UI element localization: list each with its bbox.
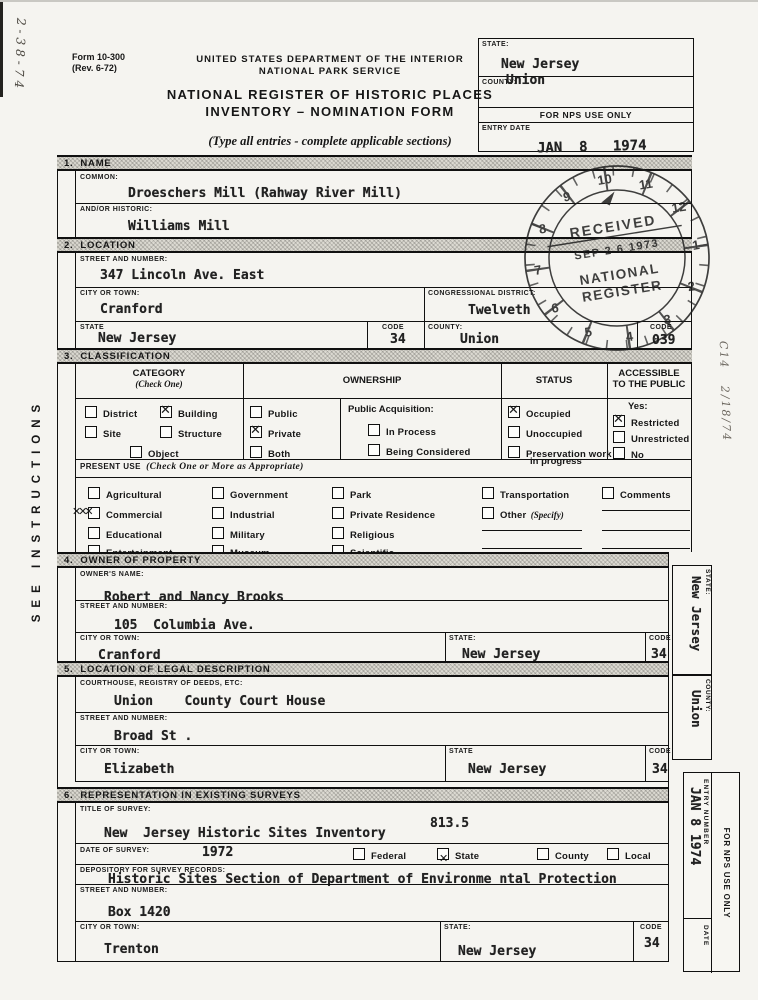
present-use-text: PRESENT USE — [80, 462, 141, 471]
s3-present-use-label: PRESENT USE (Check One or More as Approp… — [80, 462, 304, 472]
checkbox-row-public: Public — [250, 404, 298, 422]
s4-state-divider — [445, 632, 446, 661]
stamp-dial-12: 12 — [670, 199, 687, 216]
s2-code1-label: CODE — [382, 324, 404, 331]
nps-county-value: Union — [506, 73, 545, 88]
s6-date-value: 1972 — [202, 845, 233, 860]
checkbox-row-in-process: In Process — [368, 422, 436, 440]
stamp-dial-separators — [525, 166, 708, 349]
checkbox-public-label: Public — [268, 409, 298, 420]
checkbox-local-level[interactable] — [607, 848, 619, 860]
checkbox-county-level[interactable] — [537, 848, 549, 860]
checkbox-row-structure: Structure — [160, 424, 222, 442]
comments-blank-line-3 — [602, 548, 690, 549]
stamp-dial-11: 11 — [638, 176, 654, 193]
form-bottom-border — [57, 961, 668, 962]
checkbox-unoccupied-label: Unoccupied — [526, 429, 582, 440]
s6-state-divider — [440, 921, 441, 962]
checkbox-row-local-level: Local — [607, 846, 651, 864]
checkbox-educational-label: Educational — [106, 530, 162, 541]
checkbox-industrial[interactable] — [212, 507, 224, 519]
nps-date-cell: DATE — [684, 919, 712, 973]
s6-row-divider-3 — [75, 884, 668, 885]
checkbox-local-level-label: Local — [625, 851, 651, 862]
s5-courthouse-value: Union County Court House — [114, 694, 325, 709]
checkbox-row-occupied: Occupied — [508, 404, 571, 422]
checkbox-commercial-label: Commercial — [106, 510, 162, 521]
s2-code1-divider — [367, 321, 368, 348]
checkbox-other[interactable] — [482, 507, 494, 519]
stamp-dial-4: 4 — [625, 328, 635, 344]
department-line2: NATIONAL PARK SERVICE — [130, 66, 530, 78]
s5-bottom-divider — [75, 781, 668, 782]
checkbox-industrial-label: Industrial — [230, 510, 275, 521]
checkbox-transportation-label: Transportation — [500, 490, 569, 501]
s5-street-value: Broad St . — [114, 729, 192, 744]
checkbox-row-religious: Religious — [332, 525, 395, 543]
checkbox-park[interactable] — [332, 487, 344, 499]
s3-category-header-text: CATEGORY — [75, 368, 243, 379]
s5-state-value: New Jersey — [468, 762, 546, 777]
s1-field-left-border — [75, 171, 76, 237]
checkbox-government-label: Government — [230, 490, 288, 501]
s6-row-divider-4 — [75, 921, 668, 922]
handwritten-right-line2: 2/18/74 — [718, 386, 733, 443]
margin-county-label: COUNTY: — [704, 676, 713, 761]
checkbox-private-label: Private — [268, 429, 301, 440]
nps-state-label: STATE: — [482, 41, 509, 48]
checkbox-comments-label: Comments — [620, 490, 671, 501]
s6-city-value: Trenton — [104, 942, 159, 957]
margin-nps-box: ENTRY NUMBER JAN 8 1974 DATE FOR NPS USE… — [683, 772, 740, 972]
s6-code-divider — [633, 921, 634, 962]
checkbox-row-county-level: County — [537, 846, 589, 864]
checkbox-in-process[interactable] — [368, 424, 380, 436]
s2-county-label: COUNTY: — [428, 324, 463, 331]
stamp-dial-2: 2 — [687, 278, 696, 294]
section-6-heading: 6. REPRESENTATION IN EXISTING SURVEYS — [64, 790, 301, 801]
s6-title-label: TITLE OF SURVEY: — [80, 806, 151, 813]
checkbox-occupied[interactable] — [508, 406, 520, 418]
checkbox-row-park: Park — [332, 485, 371, 503]
checkbox-private-residence[interactable] — [332, 507, 344, 519]
s2-county-divider — [424, 321, 425, 348]
checkbox-row-no: No — [613, 445, 644, 463]
s3-ownership-sub-divider — [340, 398, 341, 459]
s2-street-value: 347 Lincoln Ave. East — [100, 268, 264, 283]
checkbox-other-note: (Specify) — [531, 510, 564, 520]
s4-code-divider — [645, 632, 646, 661]
department-heading: UNITED STATES DEPARTMENT OF THE INTERIOR… — [130, 54, 530, 78]
s2-street-label: STREET AND NUMBER: — [80, 256, 168, 263]
checkbox-row-comments: Comments — [602, 485, 671, 503]
s5-code-label: CODE — [649, 748, 671, 755]
nps-use-only-label: FOR NPS USE ONLY — [540, 110, 632, 120]
checkbox-structure[interactable] — [160, 426, 172, 438]
s4-city-label: CITY OR TOWN: — [80, 635, 140, 642]
checkbox-both[interactable] — [250, 446, 262, 458]
s3-acquisition-label: Public Acquisition: — [348, 404, 434, 415]
s3-header-divider — [75, 398, 691, 399]
checkbox-in-process-label: In Process — [386, 427, 436, 438]
checkbox-unrestricted-label: Unrestricted — [631, 434, 689, 445]
checkbox-agricultural[interactable] — [88, 487, 100, 499]
checkbox-no[interactable] — [613, 447, 625, 459]
s3-access-header-line2: TO THE PUBLIC — [607, 379, 691, 390]
nps-box-state-row: STATE: New Jersey — [479, 39, 693, 77]
checkbox-district[interactable] — [85, 406, 97, 418]
checkbox-transportation[interactable] — [482, 487, 494, 499]
s6-row-divider-1 — [75, 843, 668, 844]
section-1-heading: 1. NAME — [64, 158, 112, 169]
stamp-dial-7: 7 — [533, 262, 542, 278]
checkbox-unoccupied[interactable] — [508, 426, 520, 438]
s5-street-label: STREET AND NUMBER: — [80, 715, 168, 722]
s5-city-label: CITY OR TOWN: — [80, 748, 140, 755]
s5-state-divider — [445, 745, 446, 781]
checkbox-row-government: Government — [212, 485, 288, 503]
section-5-heading: 5. LOCATION OF LEGAL DESCRIPTION — [64, 664, 271, 675]
s2-city-value: Cranford — [100, 302, 163, 317]
s6-street-label: STREET AND NUMBER: — [80, 887, 168, 894]
s6-title-number: 813.5 — [430, 816, 469, 831]
s4-code-value: 34 — [651, 647, 667, 662]
s6-row-divider-2 — [75, 864, 668, 865]
checkbox-military-label: Military — [230, 530, 265, 541]
checkbox-restricted[interactable] — [613, 415, 625, 427]
checkbox-being-considered[interactable] — [368, 444, 380, 456]
checkbox-row-site: Site — [85, 424, 121, 442]
present-use-note: (Check One or More as Appropriate) — [146, 462, 304, 472]
margin-state-box: STATE: New Jersey — [672, 565, 712, 675]
checkbox-site[interactable] — [85, 426, 97, 438]
checkbox-district-label: District — [103, 409, 137, 420]
s3-access-header: ACCESSIBLE TO THE PUBLIC — [607, 368, 691, 390]
checkbox-being-considered-label: Being Considered — [386, 447, 471, 458]
form-number: Form 10-300 (Rev. 6-72) — [72, 52, 125, 74]
stamp-dial-5: 5 — [583, 324, 592, 340]
margin-date-label: DATE — [702, 919, 711, 971]
comments-blank-line-1 — [602, 510, 690, 511]
checkbox-building-label: Building — [178, 409, 218, 420]
s6-street-value: Box 1420 — [108, 905, 171, 920]
handwritten-note-top-left: 2-38-74 — [11, 5, 28, 105]
other-blank-line-2 — [482, 548, 582, 549]
s6-city-label: CITY OR TOWN: — [80, 924, 140, 931]
s4-state-label: STATE: — [449, 635, 476, 642]
checkbox-row-educational: Educational — [88, 525, 162, 543]
s1-historic-label: AND/OR HISTORIC: — [80, 206, 152, 213]
entry-date-row: ENTRY DATE JAN 8 1974 — [479, 123, 693, 151]
checkbox-private-residence-label: Private Residence — [350, 510, 435, 521]
s3-category-header-note: (Check One) — [75, 379, 243, 389]
nps-date-rotated: DATE — [684, 919, 711, 971]
entry-date-stamp: JAN 8 1974 — [537, 138, 647, 157]
s2-state-value: New Jersey — [98, 331, 176, 346]
checkbox-preservation[interactable] — [508, 446, 520, 458]
checkbox-occupied-label: Occupied — [526, 409, 571, 420]
checkbox-row-transportation: Transportation — [482, 485, 569, 503]
see-instructions-vertical: SEE INSTRUCTIONS — [31, 360, 43, 660]
s5-courthouse-label: COURTHOUSE, REGISTRY OF DEEDS, ETC: — [80, 680, 243, 687]
stamp-dial-6: 6 — [550, 300, 559, 316]
checkbox-row-private: Private — [250, 424, 301, 442]
s1-common-value: Droeschers Mill (Rahway River Mill) — [128, 186, 402, 201]
form-number-line2: (Rev. 6-72) — [72, 63, 125, 74]
s6-state-value: New Jersey — [458, 944, 536, 959]
checkbox-county-level-label: County — [555, 851, 589, 862]
checkbox-row-other: Other (Specify) — [482, 505, 564, 523]
section-4-heading: 4. OWNER OF PROPERTY — [64, 555, 201, 566]
comments-blank-line-2 — [602, 530, 690, 531]
s6-title-value: New Jersey Historic Sites Inventory — [104, 826, 386, 841]
s4-field-left-border — [75, 568, 76, 661]
scanned-nomination-form: { "header": { "form_number": "Form 10-30… — [0, 0, 758, 1000]
stamp-arrow-icon — [600, 192, 617, 207]
nps-use-only-row: FOR NPS USE ONLY — [479, 108, 693, 123]
s5-state-label: STATE — [449, 748, 473, 755]
checkbox-military[interactable] — [212, 527, 224, 539]
stamp-dial-9: 9 — [562, 189, 571, 205]
s6-date-label: DATE OF SURVEY: — [80, 847, 149, 854]
nps-entry-number-cell: ENTRY NUMBER JAN 8 1974 — [684, 773, 712, 919]
checkbox-row-unoccupied: Unoccupied — [508, 424, 582, 442]
checkbox-federal[interactable] — [353, 848, 365, 860]
checkbox-row-private-residence: Private Residence — [332, 505, 435, 523]
s6-state-label: STATE: — [444, 924, 471, 931]
checkbox-state-level-label: State — [455, 851, 479, 862]
section-3-heading: 3. CLASSIFICATION — [64, 351, 171, 362]
checkbox-row-building: Building — [160, 404, 218, 422]
checkbox-educational[interactable] — [88, 527, 100, 539]
checkbox-row-being-considered: Being Considered — [368, 442, 471, 460]
s2-county-value: Union — [460, 332, 499, 347]
section-6-bar: 6. REPRESENTATION IN EXISTING SURVEYS — [57, 787, 668, 803]
checkbox-building[interactable] — [160, 406, 172, 418]
checkbox-religious[interactable] — [332, 527, 344, 539]
checkbox-structure-label: Structure — [178, 429, 222, 440]
s4-code-label: CODE — [649, 635, 671, 642]
checkbox-site-label: Site — [103, 429, 121, 440]
checkbox-religious-label: Religious — [350, 530, 395, 541]
s3-access-yes-label: Yes: — [628, 401, 648, 412]
checkbox-federal-label: Federal — [371, 851, 406, 862]
s3-status-header: STATUS — [501, 375, 607, 386]
s5-field-left-border — [75, 677, 76, 781]
nps-box-county-row: COUNTY: Union — [479, 77, 693, 108]
section-5-bar: 5. LOCATION OF LEGAL DESCRIPTION — [57, 661, 668, 677]
margin-county-box: COUNTY: Union — [672, 675, 712, 760]
nps-header-box: STATE: New Jersey COUNTY: Union FOR NPS … — [478, 38, 694, 152]
stamp-outer-circle — [512, 163, 723, 353]
checkbox-row-commercial: Commercial — [88, 505, 162, 523]
stamp-dial-10: 10 — [596, 171, 613, 188]
s4-owner-label: OWNER'S NAME: — [80, 571, 144, 578]
checkbox-row-state-level: State — [437, 846, 479, 864]
nps-state-value: New Jersey — [501, 57, 579, 72]
checkbox-row-district: District — [85, 404, 137, 422]
s5-city-value: Elizabeth — [104, 762, 174, 777]
stamp-dial-ticks — [517, 163, 716, 353]
s2-state-label: STATE — [80, 324, 104, 331]
received-stamp: 1 2 3 4 5 6 7 8 9 10 11 12 RECEIVED SEP … — [510, 163, 725, 353]
margin-entry-date-value: JAN 8 1974 — [687, 773, 702, 919]
checkbox-public[interactable] — [250, 406, 262, 418]
s5-row-divider-2 — [75, 745, 668, 746]
section-4-bar: 4. OWNER OF PROPERTY — [57, 552, 668, 568]
stamp-dial-3: 3 — [662, 311, 671, 327]
s3-category-header: CATEGORY (Check One) — [75, 368, 243, 389]
s1-historic-value: Williams Mill — [128, 219, 230, 234]
margin-state-label: STATE: — [704, 566, 713, 676]
checkbox-row-agricultural: Agricultural — [88, 485, 162, 503]
checkbox-unrestricted[interactable] — [613, 431, 625, 443]
entry-date-label: ENTRY DATE — [482, 125, 530, 132]
form-number-line1: Form 10-300 — [72, 52, 125, 63]
checkbox-object[interactable] — [130, 446, 142, 458]
scan-edge-top — [0, 0, 758, 2]
s5-row-divider-1 — [75, 712, 668, 713]
other-blank-line-1 — [482, 530, 582, 531]
checkbox-private[interactable] — [250, 426, 262, 438]
department-line1: UNITED STATES DEPARTMENT OF THE INTERIOR — [130, 54, 530, 66]
s3-ownership-header: OWNERSHIP — [243, 375, 501, 386]
margin-state-value: New Jersey — [689, 566, 704, 676]
scan-edge-left — [0, 2, 3, 97]
s4-row-divider-2 — [75, 632, 668, 633]
s4-street-value: 105 Columbia Ave. — [114, 618, 255, 633]
s3-access-header-line1: ACCESSIBLE — [607, 368, 691, 379]
checkbox-commercial[interactable] — [88, 507, 100, 519]
s1-common-label: COMMON: — [80, 174, 118, 181]
checkbox-comments[interactable] — [602, 487, 614, 499]
nps-entry-number-rotated: ENTRY NUMBER JAN 8 1974 — [684, 773, 711, 919]
nps-use-only-cell: FOR NPS USE ONLY — [712, 773, 741, 973]
s6-code-label: CODE — [640, 924, 662, 931]
margin-state-rotated: STATE: New Jersey — [673, 566, 713, 676]
s2-field-left-border — [75, 253, 76, 348]
s5-code-divider — [645, 745, 646, 781]
checkbox-restricted-label: Restricted — [631, 418, 679, 429]
s6-code-value: 34 — [644, 936, 660, 951]
s3-table-left — [75, 364, 76, 552]
s2-city-label: CITY OR TOWN: — [80, 290, 140, 297]
s3-present-use-bottom — [75, 477, 691, 478]
checkbox-preservation-label-line2: in progress — [530, 456, 582, 467]
s2-code1-value: 34 — [390, 332, 406, 347]
checkbox-row-industrial: Industrial — [212, 505, 275, 523]
s3-present-use-top — [75, 459, 691, 460]
checkbox-other-label: Other — [500, 510, 526, 521]
nps-use-only-rotated: FOR NPS USE ONLY — [712, 773, 740, 973]
s6-field-left-border — [75, 803, 76, 962]
s5-code-value: 34 — [652, 762, 668, 777]
stamp-dial-8: 8 — [538, 221, 547, 237]
form-right-border-lower — [668, 552, 669, 962]
checkbox-row-federal: Federal — [353, 846, 406, 864]
margin-nps-use-only-label: FOR NPS USE ONLY — [722, 773, 740, 973]
checkbox-government[interactable] — [212, 487, 224, 499]
checkbox-park-label: Park — [350, 490, 371, 501]
s4-state-value: New Jersey — [462, 647, 540, 662]
checkbox-row-military: Military — [212, 525, 265, 543]
margin-county-rotated: COUNTY: Union — [673, 676, 713, 761]
margin-county-value: Union — [689, 676, 704, 761]
margin-entry-number-label: ENTRY NUMBER — [702, 773, 711, 919]
checkbox-agricultural-label: Agricultural — [106, 490, 162, 501]
s4-owner-value: Robert and Nancy Brooks — [104, 590, 284, 605]
section-2-heading: 2. LOCATION — [64, 240, 136, 251]
checkbox-state-level[interactable] — [437, 848, 449, 860]
